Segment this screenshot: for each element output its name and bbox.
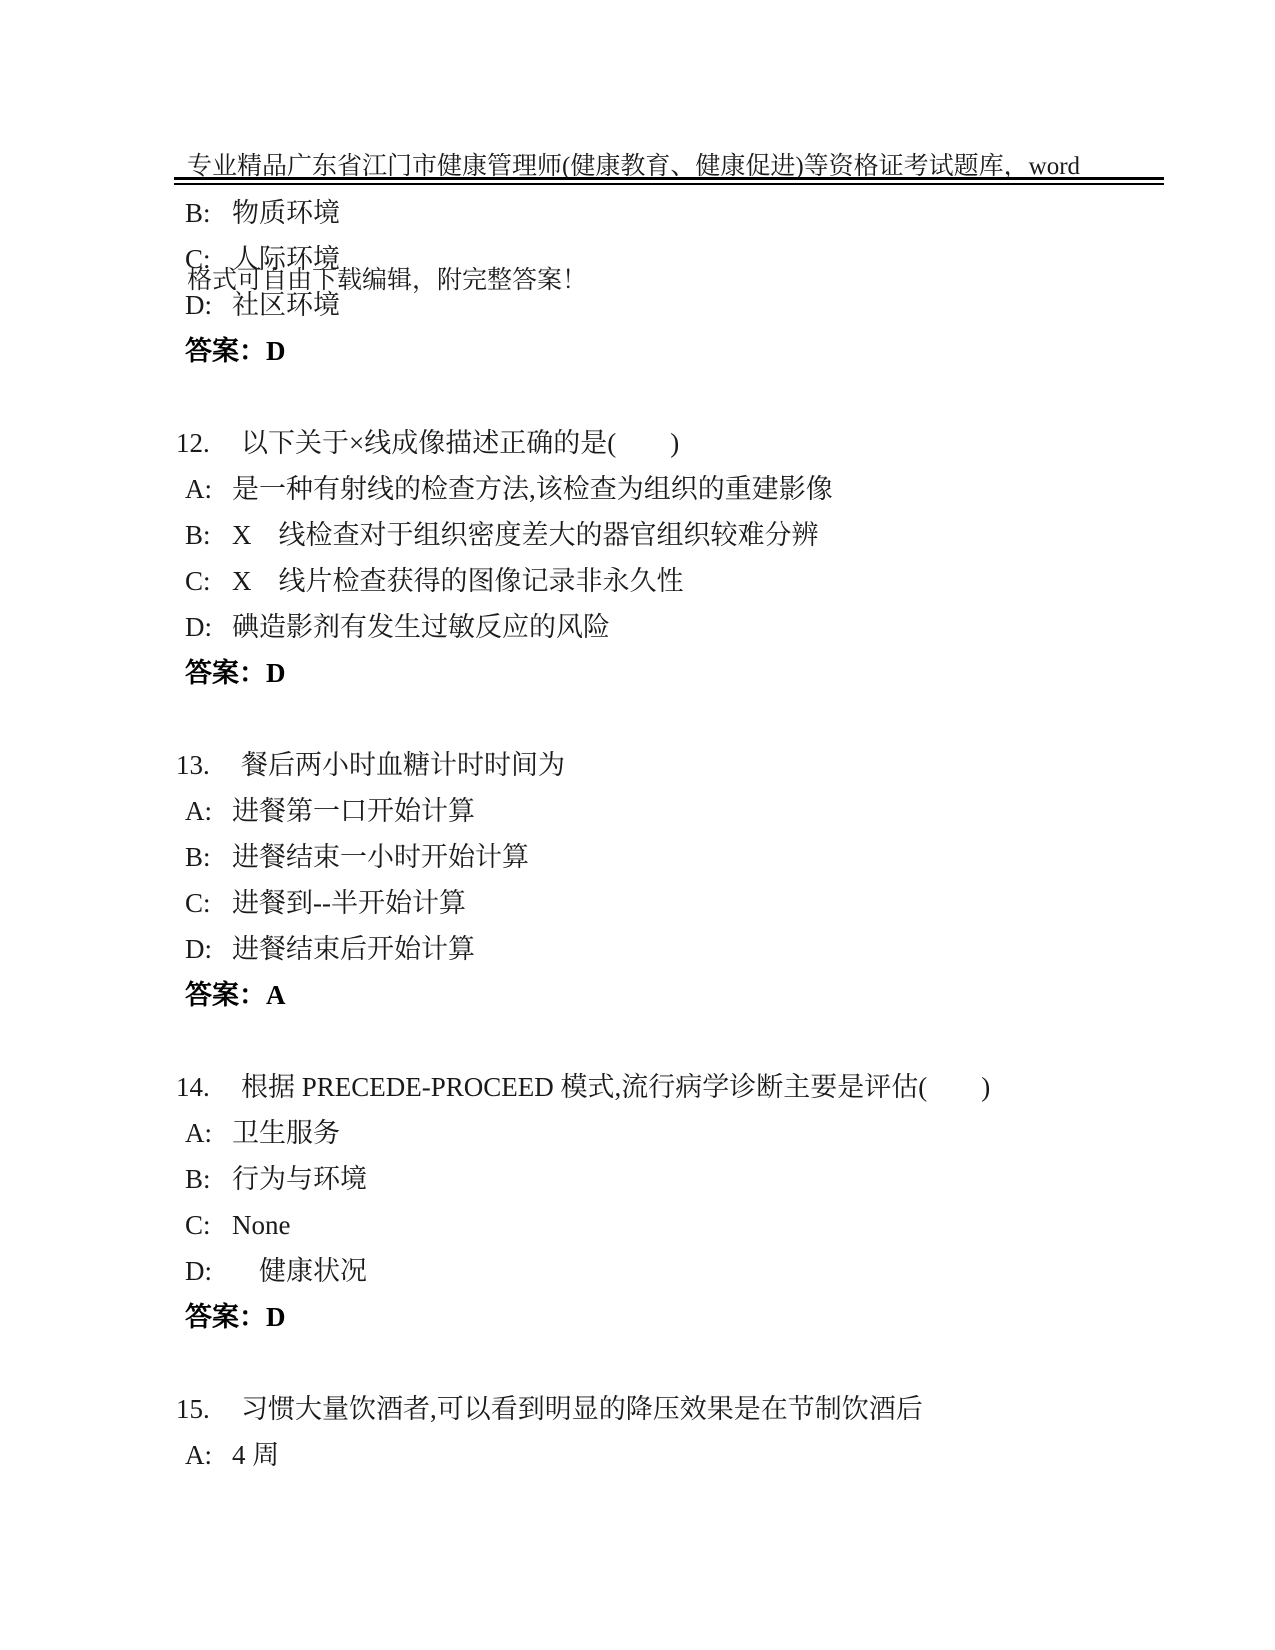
option-text: 进餐结束后开始计算 [232,934,475,964]
option-label: C: [185,558,232,604]
option-line: B:X 线检查对于组织密度差大的器官组织较难分辨 [176,512,1168,558]
option-label: D: [185,604,232,650]
question-title-line: 15.习惯大量饮酒者,可以看到明显的降压效果是在节制饮酒后 [176,1386,1168,1432]
option-line: D: 健康状况 [176,1248,1168,1294]
option-line: C:人际环境 [176,236,1168,282]
option-label: A: [185,466,232,512]
option-label: A: [185,1432,232,1478]
option-label: A: [185,788,232,834]
header-divider [174,177,1164,185]
option-label: C: [185,236,232,282]
question-title-line: 12.以下关于×线成像描述正确的是( ) [176,420,1168,466]
option-label: B: [185,512,232,558]
question-title: 习惯大量饮酒者,可以看到明显的降压效果是在节制饮酒后 [241,1394,923,1424]
question-title: 根据 PRECEDE-PROCEED 模式,流行病学诊断主要是评估( ) [241,1072,990,1102]
option-line: A:4 周 [176,1432,1168,1478]
option-line: A:卫生服务 [176,1110,1168,1156]
option-text: 碘造影剂有发生过敏反应的风险 [232,612,610,642]
option-label: D: [185,926,232,972]
option-text: 卫生服务 [232,1118,340,1148]
option-text: 健康状况 [232,1256,367,1286]
document-body: B:物质环境 C:人际环境 D:社区环境 答案：D 12.以下关于×线成像描述正… [176,190,1168,1524]
question-block-14: 14.根据 PRECEDE-PROCEED 模式,流行病学诊断主要是评估( ) … [176,1064,1168,1340]
option-label: D: [185,1248,232,1294]
option-text: X 线检查对于组织密度差大的器官组织较难分辨 [232,520,819,550]
answer-line: 答案：D [176,650,1168,696]
option-text: 是一种有射线的检查方法,该检查为组织的重建影像 [232,474,833,504]
question-number: 15. [176,1386,241,1432]
option-text: 进餐第一口开始计算 [232,796,475,826]
answer-line: 答案：A [176,972,1168,1018]
option-label: A: [185,1110,232,1156]
answer-line: 答案：D [176,328,1168,374]
question-block-12: 12.以下关于×线成像描述正确的是( ) A:是一种有射线的检查方法,该检查为组… [176,420,1168,696]
option-text: 社区环境 [232,290,340,320]
option-line: C:None [176,1202,1168,1248]
option-line: B:进餐结束一小时开始计算 [176,834,1168,880]
question-block-15: 15.习惯大量饮酒者,可以看到明显的降压效果是在节制饮酒后 A:4 周 [176,1386,1168,1478]
question-title-line: 13.餐后两小时血糖计时时间为 [176,742,1168,788]
option-label: D: [185,282,232,328]
option-text: 行为与环境 [232,1164,367,1194]
question-number: 13. [176,742,241,788]
option-line: D:碘造影剂有发生过敏反应的风险 [176,604,1168,650]
question-block-11: B:物质环境 C:人际环境 D:社区环境 答案：D [176,190,1168,374]
option-text: 4 周 [232,1440,279,1470]
question-block-13: 13.餐后两小时血糖计时时间为 A:进餐第一口开始计算 B:进餐结束一小时开始计… [176,742,1168,1018]
option-text: 人际环境 [232,244,340,274]
option-text: X 线片检查获得的图像记录非永久性 [232,566,684,596]
question-number: 12. [176,420,241,466]
option-line: C:X 线片检查获得的图像记录非永久性 [176,558,1168,604]
option-line: A:是一种有射线的检查方法,该检查为组织的重建影像 [176,466,1168,512]
option-line: B:物质环境 [176,190,1168,236]
question-title-line: 14.根据 PRECEDE-PROCEED 模式,流行病学诊断主要是评估( ) [176,1064,1168,1110]
question-number: 14. [176,1064,241,1110]
option-text: None [232,1210,290,1240]
option-line: C:进餐到--半开始计算 [176,880,1168,926]
document-page: 专业精品广东省江门市健康管理师(健康教育、健康促进)等资格证考试题库，word … [0,0,1275,1650]
option-label: B: [185,1156,232,1202]
answer-line: 答案：D [176,1294,1168,1340]
question-title: 餐后两小时血糖计时时间为 [241,750,565,780]
option-label: C: [185,880,232,926]
option-line: D:进餐结束后开始计算 [176,926,1168,972]
option-text: 进餐到--半开始计算 [232,888,466,918]
option-text: 物质环境 [232,198,340,228]
question-title: 以下关于×线成像描述正确的是( ) [241,428,679,458]
option-line: D:社区环境 [176,282,1168,328]
option-label: B: [185,190,232,236]
option-label: C: [185,1202,232,1248]
option-line: B:行为与环境 [176,1156,1168,1202]
option-text: 进餐结束一小时开始计算 [232,842,529,872]
option-line: A:进餐第一口开始计算 [176,788,1168,834]
option-label: B: [185,834,232,880]
